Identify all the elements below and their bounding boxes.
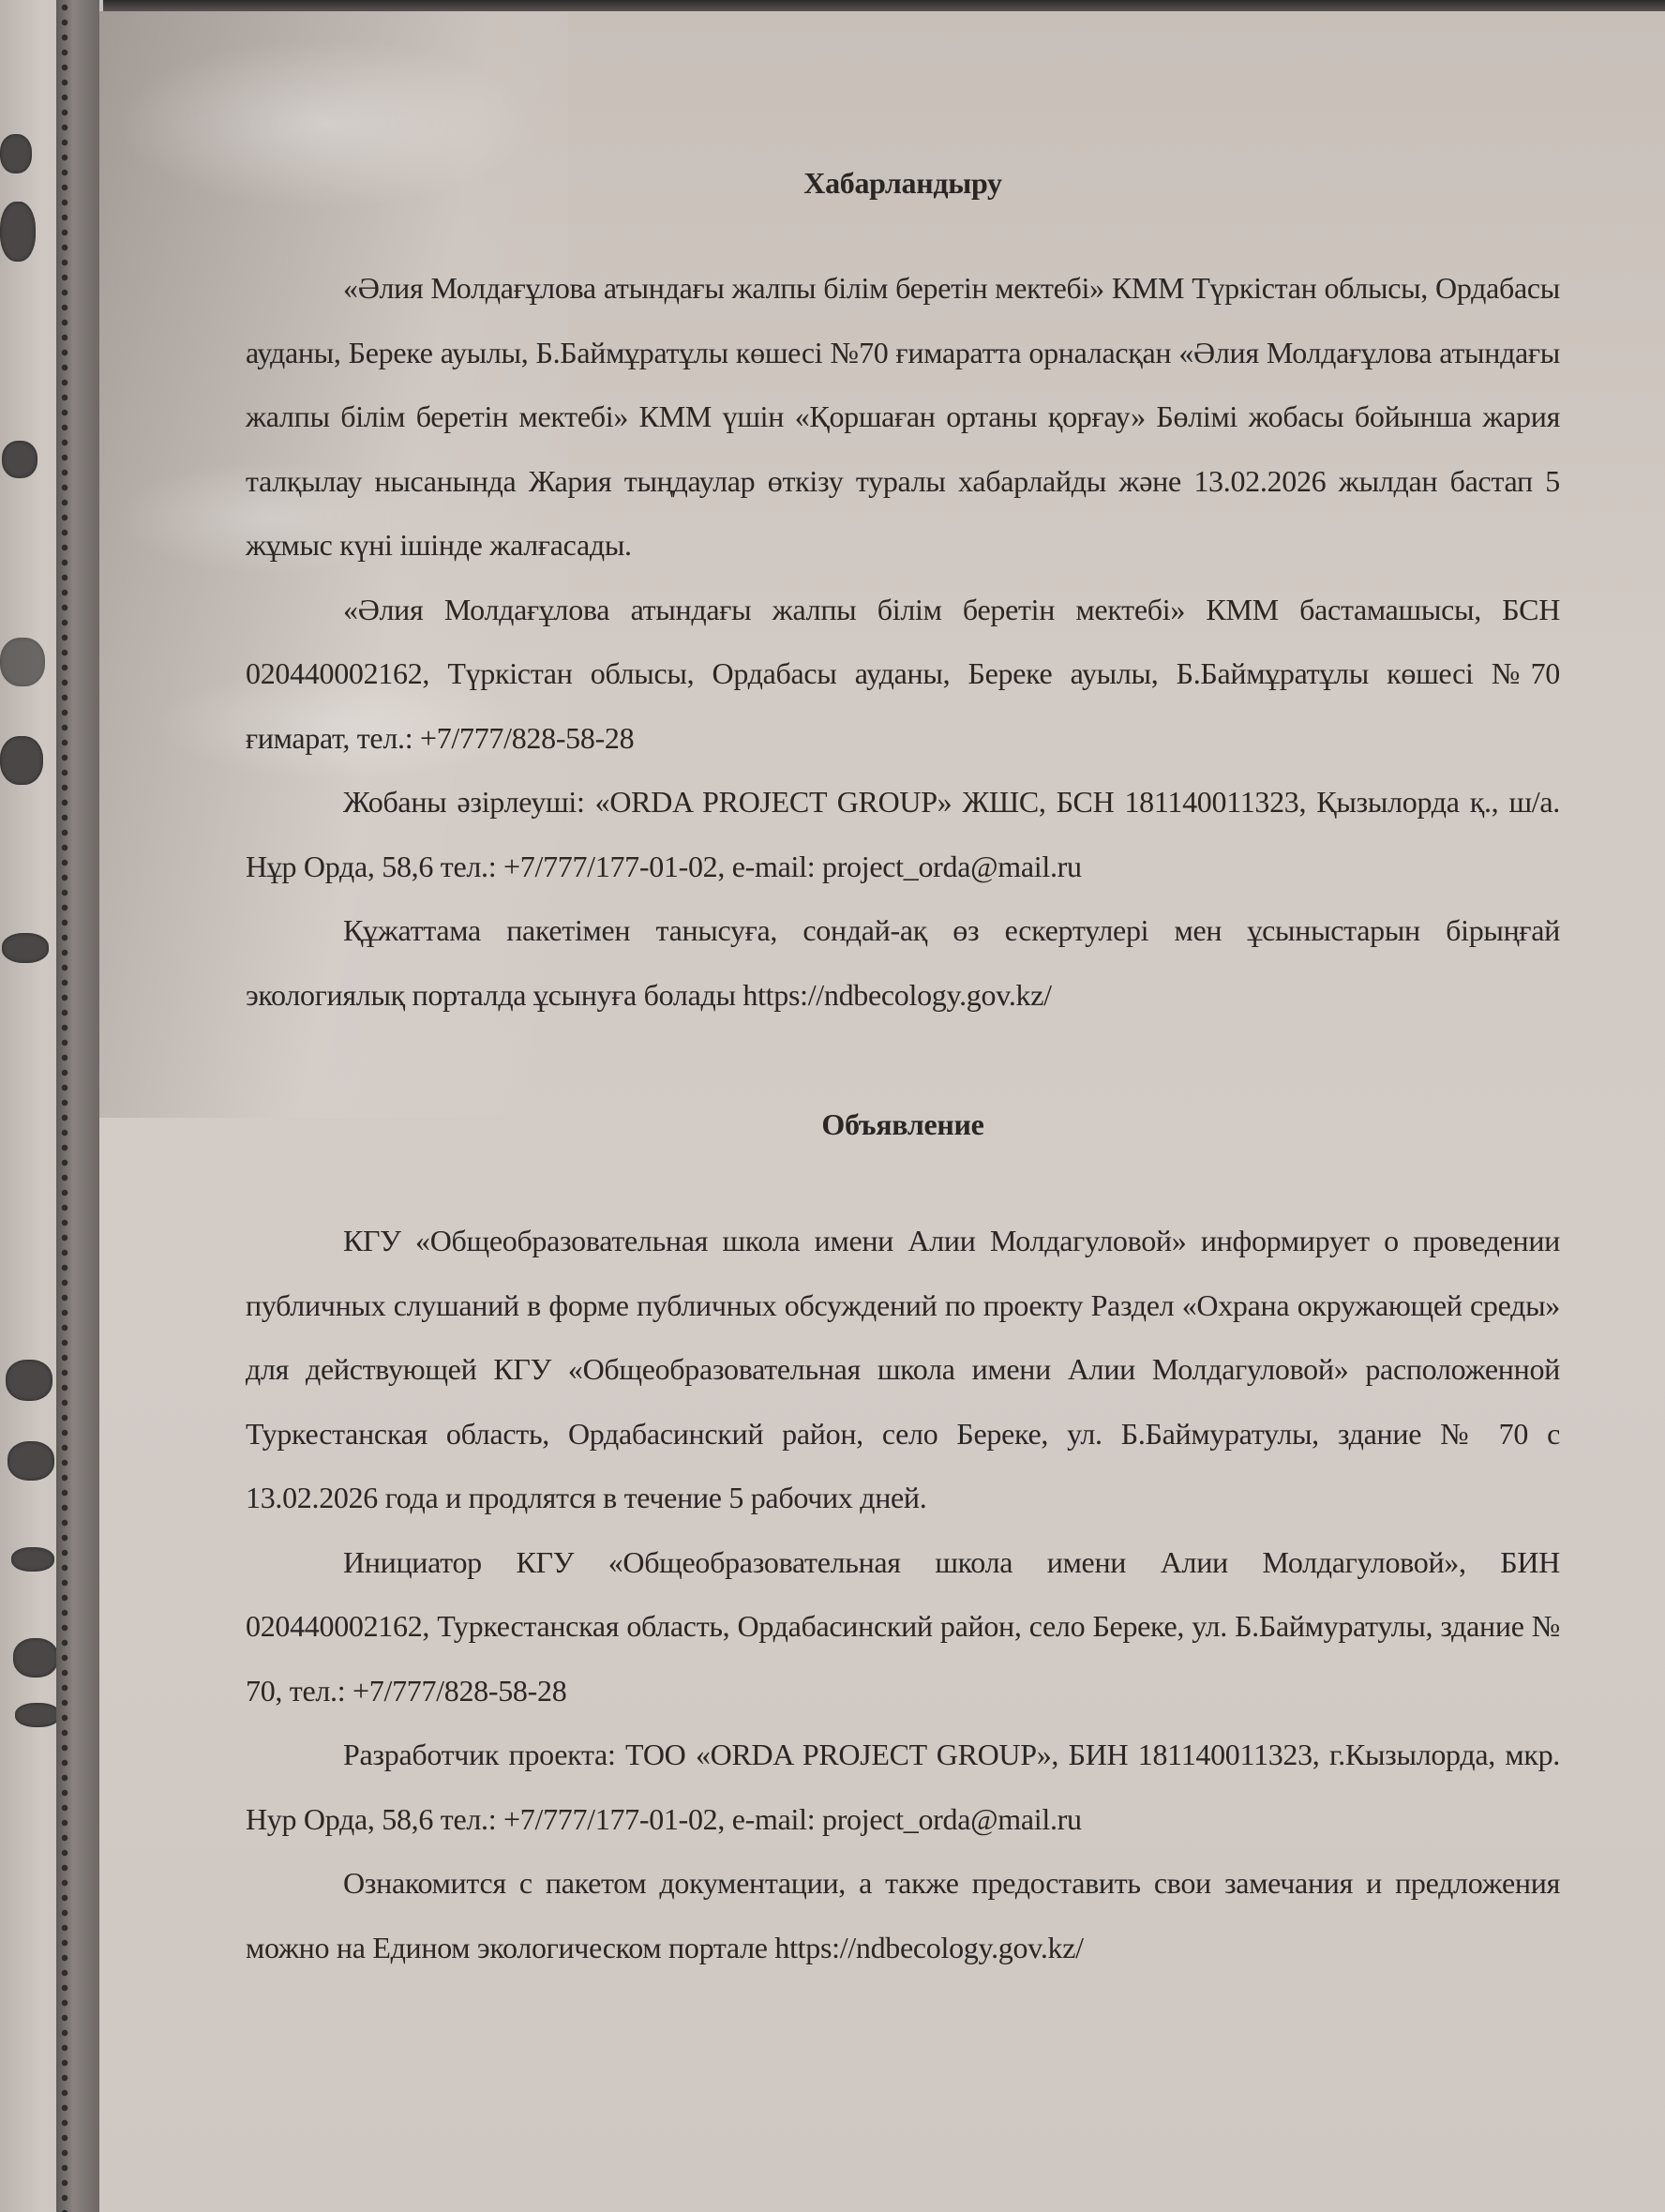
russian-paragraph-developer: Разработчик проекта: ТОО «ORDA PROJECT G… — [246, 1723, 1560, 1851]
kazakh-paragraph-notice: «Әлия Молдағұлова атындағы жалпы білім б… — [246, 256, 1560, 578]
kazakh-paragraph-portal: Құжаттама пакетімен танысуға, сондай-ақ … — [246, 898, 1560, 1027]
punch-hole-icon — [6, 1360, 52, 1401]
punch-hole-icon — [0, 202, 36, 262]
russian-paragraph-notice: КГУ «Общеобразовательная школа имени Али… — [246, 1209, 1560, 1530]
kazakh-section: Хабарландыру «Әлия Молдағұлова атындағы … — [246, 164, 1560, 1027]
russian-paragraph-portal: Ознакомится с пакетом документации, а та… — [246, 1851, 1560, 1979]
punch-hole-icon — [0, 736, 43, 785]
kazakh-paragraph-developer: Жобаны әзірлеуші: «ORDA PROJECT GROUP» Ж… — [246, 770, 1560, 898]
announcement-document: Хабарландыру «Әлия Молдағұлова атындағы … — [246, 164, 1560, 1979]
sleeve-seam-perforation — [58, 0, 71, 2212]
background-top-edge — [0, 0, 1665, 11]
russian-section: Объявление КГУ «Общеобразовательная школ… — [246, 1106, 1560, 1979]
punch-hole-icon — [11, 1547, 54, 1572]
russian-paragraph-initiator: Инициатор КГУ «Общеобразовательная школа… — [246, 1530, 1560, 1723]
punch-hole-icon — [13, 1638, 58, 1678]
russian-title: Объявление — [246, 1106, 1560, 1143]
kazakh-title: Хабарландыру — [246, 164, 1560, 202]
punch-hole-icon — [2, 441, 37, 478]
punch-hole-icon — [0, 638, 45, 686]
punch-hole-icon — [15, 1703, 60, 1727]
punch-hole-icon — [2, 933, 49, 963]
punch-hole-icon — [7, 1441, 54, 1481]
punch-hole-icon — [0, 134, 32, 173]
kazakh-paragraph-initiator: «Әлия Молдағұлова атындағы жалпы білім б… — [246, 578, 1560, 771]
